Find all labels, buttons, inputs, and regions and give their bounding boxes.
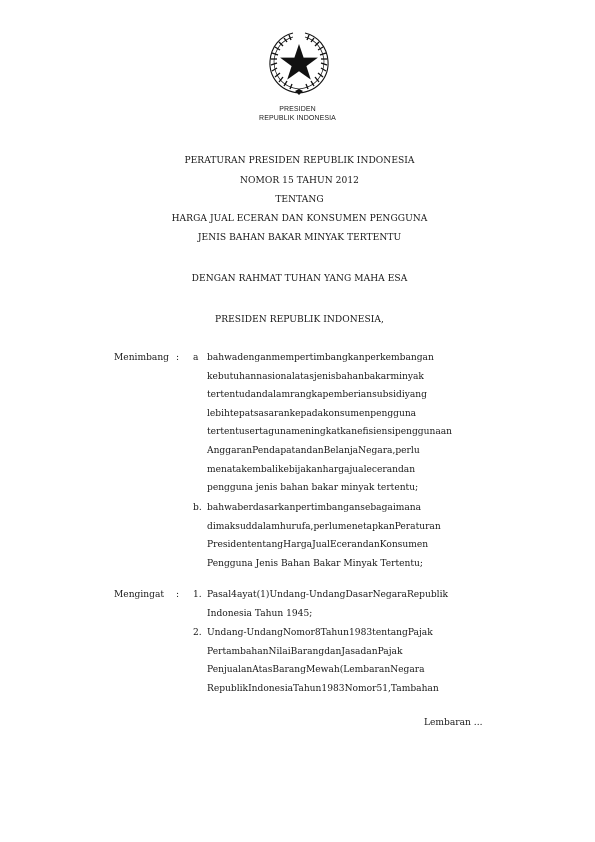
mengingat-colon: : — [176, 590, 179, 600]
regulation-title: PERATURAN PRESIDEN REPUBLIK INDONESIA — [0, 156, 595, 166]
menimbang-item-b: bahwaberdasarkanpertimbangansebagaimana … — [207, 499, 487, 573]
regulation-about: TENTANG — [0, 195, 595, 205]
preamble-authority: PRESIDEN REPUBLIK INDONESIA, — [0, 315, 595, 325]
menimbang-colon: : — [176, 353, 179, 363]
text-line: dimaksuddalamhurufa,perlumenetapkanPerat… — [207, 518, 487, 537]
menimbang-item-a: bahwadenganmempertimbangkanperkembangan … — [207, 349, 487, 498]
text-line: PresidententangHargaJualEcerandanKonsume… — [207, 536, 487, 555]
menimbang-item-a-marker: a — [193, 353, 198, 363]
preamble-blessing: DENGAN RAHMAT TUHAN YANG MAHA ESA — [0, 274, 595, 284]
text-line: PenjualanAtasBarangMewah(LembaranNegara — [207, 661, 487, 680]
text-line: bahwaberdasarkanpertimbangansebagaimana — [207, 499, 487, 518]
regulation-number: NOMOR 15 TAHUN 2012 — [0, 176, 595, 186]
text-line: kebutuhannasionalatasjenisbahanbakarminy… — [207, 368, 487, 387]
text-line: bahwadenganmempertimbangkanperkembangan — [207, 349, 487, 368]
text-line: Undang-UndangNomor8Tahun1983tentangPajak — [207, 624, 487, 643]
mengingat-item-2: Undang-UndangNomor8Tahun1983tentangPajak… — [207, 624, 487, 698]
menimbang-item-b-marker: b. — [193, 503, 202, 513]
next-page-catchword: Lembaran ... — [424, 718, 482, 728]
text-line: tertentusertagunameningkatkanefisiensipe… — [207, 423, 487, 442]
document-page: PRESIDEN REPUBLIK INDONESIA PERATURAN PR… — [0, 0, 595, 842]
office-line-republic: REPUBLIK INDONESIA — [0, 115, 595, 122]
menimbang-label: Menimbang — [114, 353, 169, 363]
mengingat-label: Mengingat — [114, 590, 164, 600]
regulation-subject-line2: JENIS BAHAN BAKAR MINYAK TERTENTU — [0, 233, 595, 243]
text-line: RepublikIndonesiaTahun1983Nomor51,Tambah… — [207, 680, 487, 699]
text-line: pengguna jenis bahan bakar minyak terten… — [207, 479, 487, 498]
text-line: lebihtepatsasarankepadakonsumenpengguna — [207, 405, 487, 424]
text-line: AnggaranPendapatandanBelanjaNegara,perlu — [207, 442, 487, 461]
text-line: Indonesia Tahun 1945; — [207, 605, 487, 624]
presidential-emblem-icon — [266, 29, 332, 97]
office-line-president: PRESIDEN — [0, 106, 595, 113]
text-line: menatakembalikebijakanhargajualecerandan — [207, 461, 487, 480]
text-line: Pasal4ayat(1)Undang-UndangDasarNegaraRep… — [207, 586, 487, 605]
text-line: tertentudandalamrangkapemberiansubsidiya… — [207, 386, 487, 405]
mengingat-item-1: Pasal4ayat(1)Undang-UndangDasarNegaraRep… — [207, 586, 487, 623]
regulation-subject-line1: HARGA JUAL ECERAN DAN KONSUMEN PENGGUNA — [0, 214, 595, 224]
text-line: Pengguna Jenis Bahan Bakar Minyak Terten… — [207, 555, 487, 574]
text-line: PertambahanNilaiBarangdanJasadanPajak — [207, 643, 487, 662]
mengingat-item-1-marker: 1. — [193, 590, 202, 600]
mengingat-item-2-marker: 2. — [193, 628, 202, 638]
